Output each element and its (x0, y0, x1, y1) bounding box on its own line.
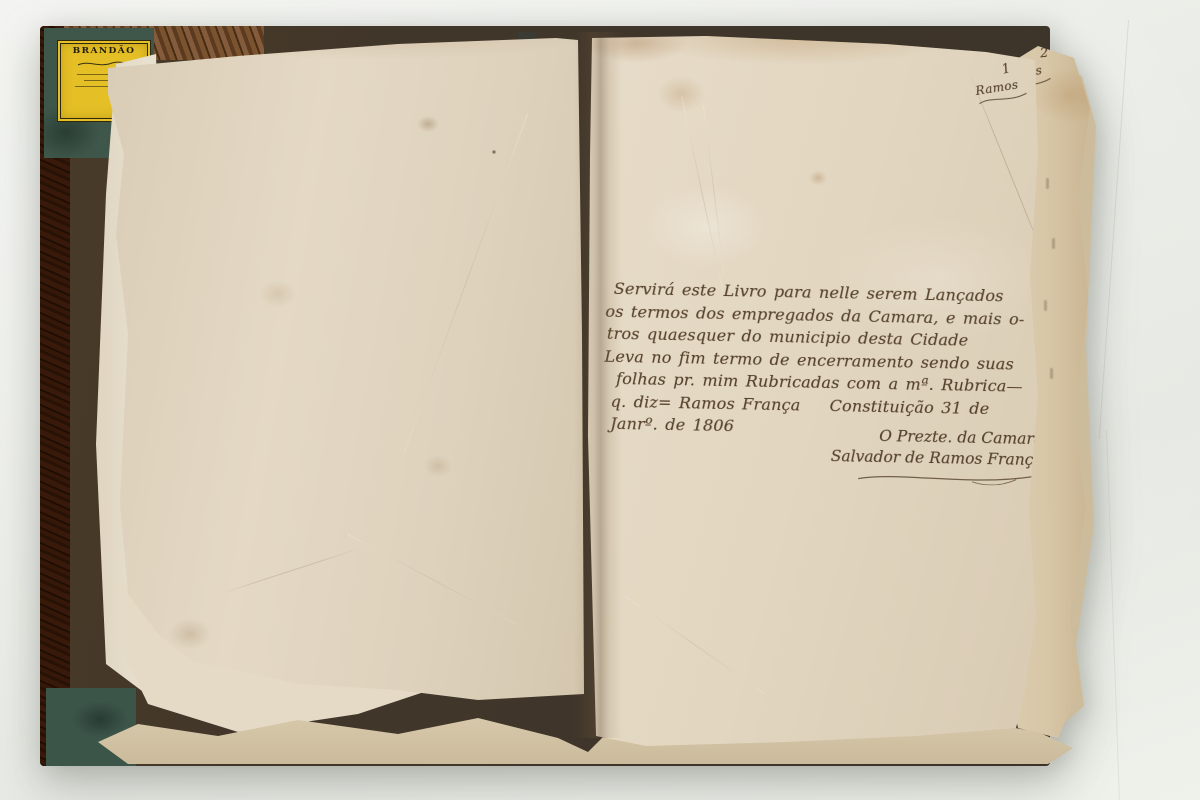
bookplate-title: BRANDÃO (58, 47, 150, 56)
ink-bleed-through (1050, 368, 1053, 379)
page-crease (348, 534, 516, 624)
backdrop-crease-line (1106, 430, 1120, 800)
photo-background: BRANDÃO 2 Ramos (0, 0, 1200, 800)
signature-flourish-icon (852, 467, 1042, 490)
ink-bleed-through (1052, 238, 1055, 249)
ink-bleed-through (1044, 300, 1047, 311)
right-page: 1 Ramos Servirá este Livro para nelle se… (586, 36, 1090, 752)
manuscript-text-block: Servirá este Livro para nelle serem Lanç… (602, 278, 1052, 490)
signature-block: O Prezte. da Camara Salvador de Ramos Fr… (602, 420, 1049, 490)
ink-bleed-through (1046, 178, 1049, 189)
page-crease (218, 548, 361, 595)
book-gutter (574, 32, 622, 738)
page-crease (681, 96, 724, 292)
folio-rubric: Ramos (974, 76, 1029, 108)
backdrop-crease-line (1099, 20, 1129, 439)
folio-number: 1 (1000, 61, 1012, 78)
left-page (98, 34, 594, 724)
manuscript-book: BRANDÃO 2 Ramos (38, 24, 1090, 768)
page-crease (625, 596, 765, 694)
page-crease (404, 114, 528, 453)
